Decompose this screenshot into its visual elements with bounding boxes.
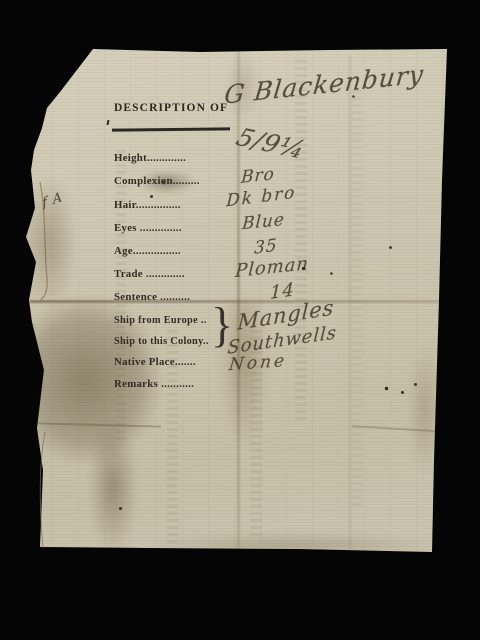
field-label-remarks: Remarks ........... — [114, 378, 194, 390]
field-label-complexion: Complexion......... — [114, 175, 200, 187]
form-title: DESCRIPTION OF — [114, 102, 228, 114]
field-label-hair: Hair............... — [114, 199, 181, 211]
field-label-height: Height............. — [114, 152, 186, 164]
field-label-sentence: Sentence .......... — [114, 291, 190, 303]
handwritten-age: 35 — [254, 235, 278, 259]
field-label-eyes: Eyes .............. — [114, 222, 182, 234]
handwritten-remarks: None — [228, 351, 288, 375]
ink-specks — [0, 0, 1, 1]
field-label-age: Age................ — [114, 245, 181, 257]
field-label-ship-from-europe: Ship from Europe .. — [114, 315, 207, 326]
document-paper: DESCRIPTION OF Height............. Compl… — [0, 0, 480, 640]
handwritten-complexion: Bro — [240, 164, 275, 188]
field-label-ship-to-colony: Ship to this Colony.. — [114, 336, 209, 347]
handwritten-sentence: 14 — [270, 279, 295, 304]
photo-background: DESCRIPTION OF Height............. Compl… — [0, 0, 480, 640]
field-label-native-place: Native Place....... — [114, 356, 196, 368]
field-label-trade: Trade ............. — [114, 268, 185, 280]
